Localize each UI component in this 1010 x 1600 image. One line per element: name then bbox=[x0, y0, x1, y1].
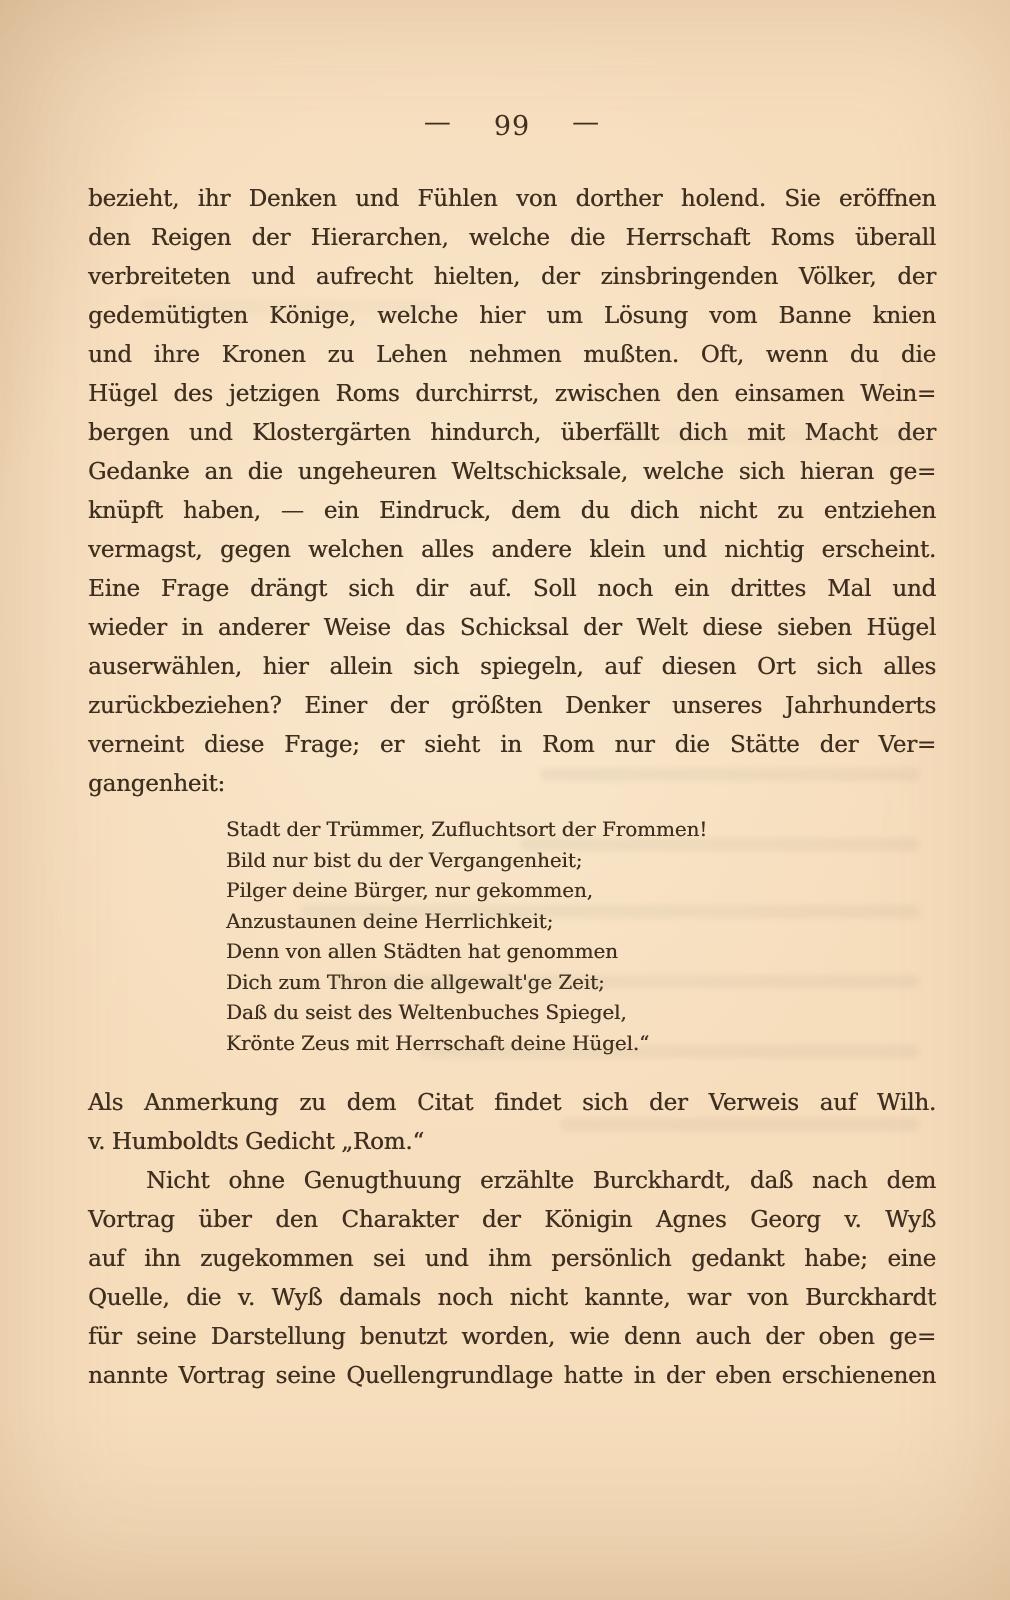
book-page: — 99 — bezieht, ihr Denken und Fühlen vo… bbox=[0, 0, 1010, 1600]
continuation-paragraph: bezieht, ihr Denken und Fühlen von dorth… bbox=[88, 180, 936, 804]
text-line: nannte Vortrag seine Quellengrundlage ha… bbox=[88, 1357, 936, 1396]
poem-quote: Stadt der Trümmer, Zufluchtsort der From… bbox=[226, 814, 936, 1058]
main-text-block: bezieht, ihr Denken und Fühlen von dorth… bbox=[88, 180, 936, 1396]
text-line: verneint diese Frage; er sieht in Rom nu… bbox=[88, 726, 936, 765]
text-line: Nicht ohne Genugthuung erzählte Burckhar… bbox=[88, 1162, 936, 1201]
text-line: gangenheit: bbox=[88, 765, 936, 804]
text-line: Bild nur bist du der Vergangenheit; bbox=[226, 845, 936, 876]
text-line: knüpft haben, — ein Eindruck, dem du dic… bbox=[88, 492, 936, 531]
header-dash-right: — bbox=[572, 108, 600, 138]
text-line: auserwählen, hier allein sich spiegeln, … bbox=[88, 648, 936, 687]
text-line: den Reigen der Hierarchen, welche die He… bbox=[88, 219, 936, 258]
text-line: Quelle, die v. Wyß damals noch nicht kan… bbox=[88, 1279, 936, 1318]
text-line: verbreiteten und aufrecht hielten, der z… bbox=[88, 258, 936, 297]
text-line: Gedanke an die ungeheuren Weltschicksale… bbox=[88, 453, 936, 492]
burckhardt-paragraph: Nicht ohne Genugthuung erzählte Burckhar… bbox=[88, 1162, 936, 1396]
header-dash-left: — bbox=[424, 108, 452, 138]
text-line: und ihre Kronen zu Lehen nehmen mußten. … bbox=[88, 336, 936, 375]
text-line: für seine Darstellung benutzt worden, wi… bbox=[88, 1318, 936, 1357]
text-line: Krönte Zeus mit Herrschaft deine Hügel.“ bbox=[226, 1028, 936, 1059]
text-line: Dich zum Thron die allgewalt'ge Zeit; bbox=[226, 967, 936, 998]
text-line: zurückbeziehen? Einer der größten Denker… bbox=[88, 687, 936, 726]
text-line: bezieht, ihr Denken und Fühlen von dorth… bbox=[88, 180, 936, 219]
annotation-paragraph: Als Anmerkung zu dem Citat findet sich d… bbox=[88, 1084, 936, 1162]
text-line: bergen und Klostergärten hindurch, überf… bbox=[88, 414, 936, 453]
text-line: vermagst, gegen welchen alles andere kle… bbox=[88, 531, 936, 570]
text-line: Anzustaunen deine Herrlichkeit; bbox=[226, 906, 936, 937]
page-number-header: — 99 — bbox=[88, 112, 936, 142]
text-line: Hügel des jetzigen Roms durchirrst, zwis… bbox=[88, 375, 936, 414]
text-line: auf ihn zugekommen sei und ihm persönlic… bbox=[88, 1240, 936, 1279]
text-line: Denn von allen Städten hat genommen bbox=[226, 936, 936, 967]
text-line: Stadt der Trümmer, Zufluchtsort der From… bbox=[226, 814, 936, 845]
page-number: 99 bbox=[494, 112, 530, 142]
text-line: gedemütigten Könige, welche hier um Lösu… bbox=[88, 297, 936, 336]
text-line: Pilger deine Bürger, nur gekommen, bbox=[226, 875, 936, 906]
text-line: Eine Frage drängt sich dir auf. Soll noc… bbox=[88, 570, 936, 609]
text-line: Als Anmerkung zu dem Citat findet sich d… bbox=[88, 1084, 936, 1123]
text-line: v. Humboldts Gedicht „Rom.“ bbox=[88, 1123, 936, 1162]
text-line: Vortrag über den Charakter der Königin A… bbox=[88, 1201, 936, 1240]
text-line: Daß du seist des Weltenbuches Spiegel, bbox=[226, 997, 936, 1028]
text-line: wieder in anderer Weise das Schicksal de… bbox=[88, 609, 936, 648]
